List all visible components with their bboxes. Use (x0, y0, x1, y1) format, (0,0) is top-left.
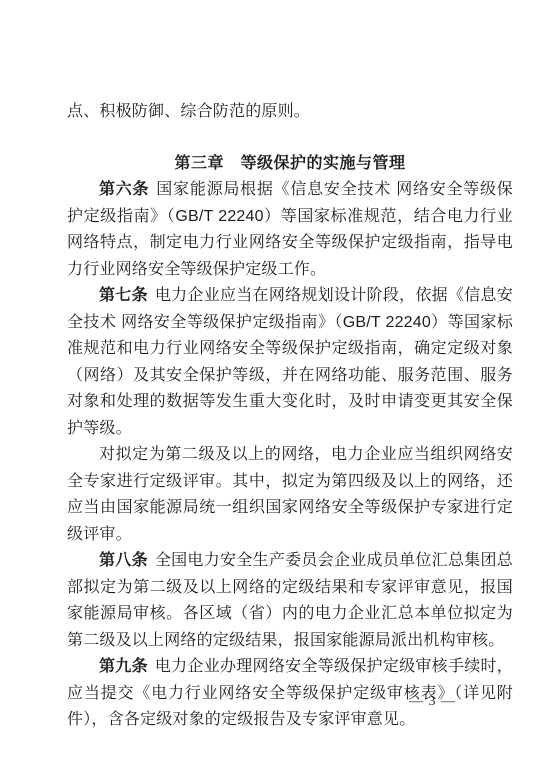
article-number: 第八条 (99, 552, 148, 569)
article-number: 第七条 (99, 287, 148, 304)
paragraph-list: 第六条国家能源局根据《信息安全技术 网络安全等级保护定级指南》（GB/T 222… (67, 177, 513, 734)
chapter-heading: 第三章 等级保护的实施与管理 (67, 151, 513, 178)
paragraph: 对拟定为第二级及以上的网络，电力企业应当组织网络安全专家进行定级评审。其中，拟定… (67, 442, 513, 548)
paragraph: 第六条国家能源局根据《信息安全技术 网络安全等级保护定级指南》（GB/T 222… (67, 177, 513, 283)
paragraph: 第七条电力企业应当在网络规划设计阶段，依据《信息安全技术 网络安全等级保护定级指… (67, 283, 513, 442)
continuation-line: 点、积极防御、综合防范的原则。 (67, 99, 513, 126)
document-page: 点、积极防御、综合防范的原则。 第三章 等级保护的实施与管理 第六条国家能源局根… (0, 0, 550, 777)
article-number: 第九条 (99, 658, 148, 675)
page-number: — 3 — (409, 694, 456, 710)
paragraph-text: 对拟定为第二级及以上的网络，电力企业应当组织网络安全专家进行定级评审。其中，拟定… (67, 446, 513, 543)
article-number: 第六条 (99, 181, 149, 198)
document-body: 点、积极防御、综合防范的原则。 第三章 等级保护的实施与管理 第六条国家能源局根… (67, 99, 513, 734)
paragraph: 第八条全国电力安全生产委员会企业成员单位汇总集团总部拟定为第二级及以上网络的定级… (67, 548, 513, 654)
paragraph-text: 电力企业应当在网络规划设计阶段，依据《信息安全技术 网络安全等级保护定级指南》（… (67, 287, 513, 437)
